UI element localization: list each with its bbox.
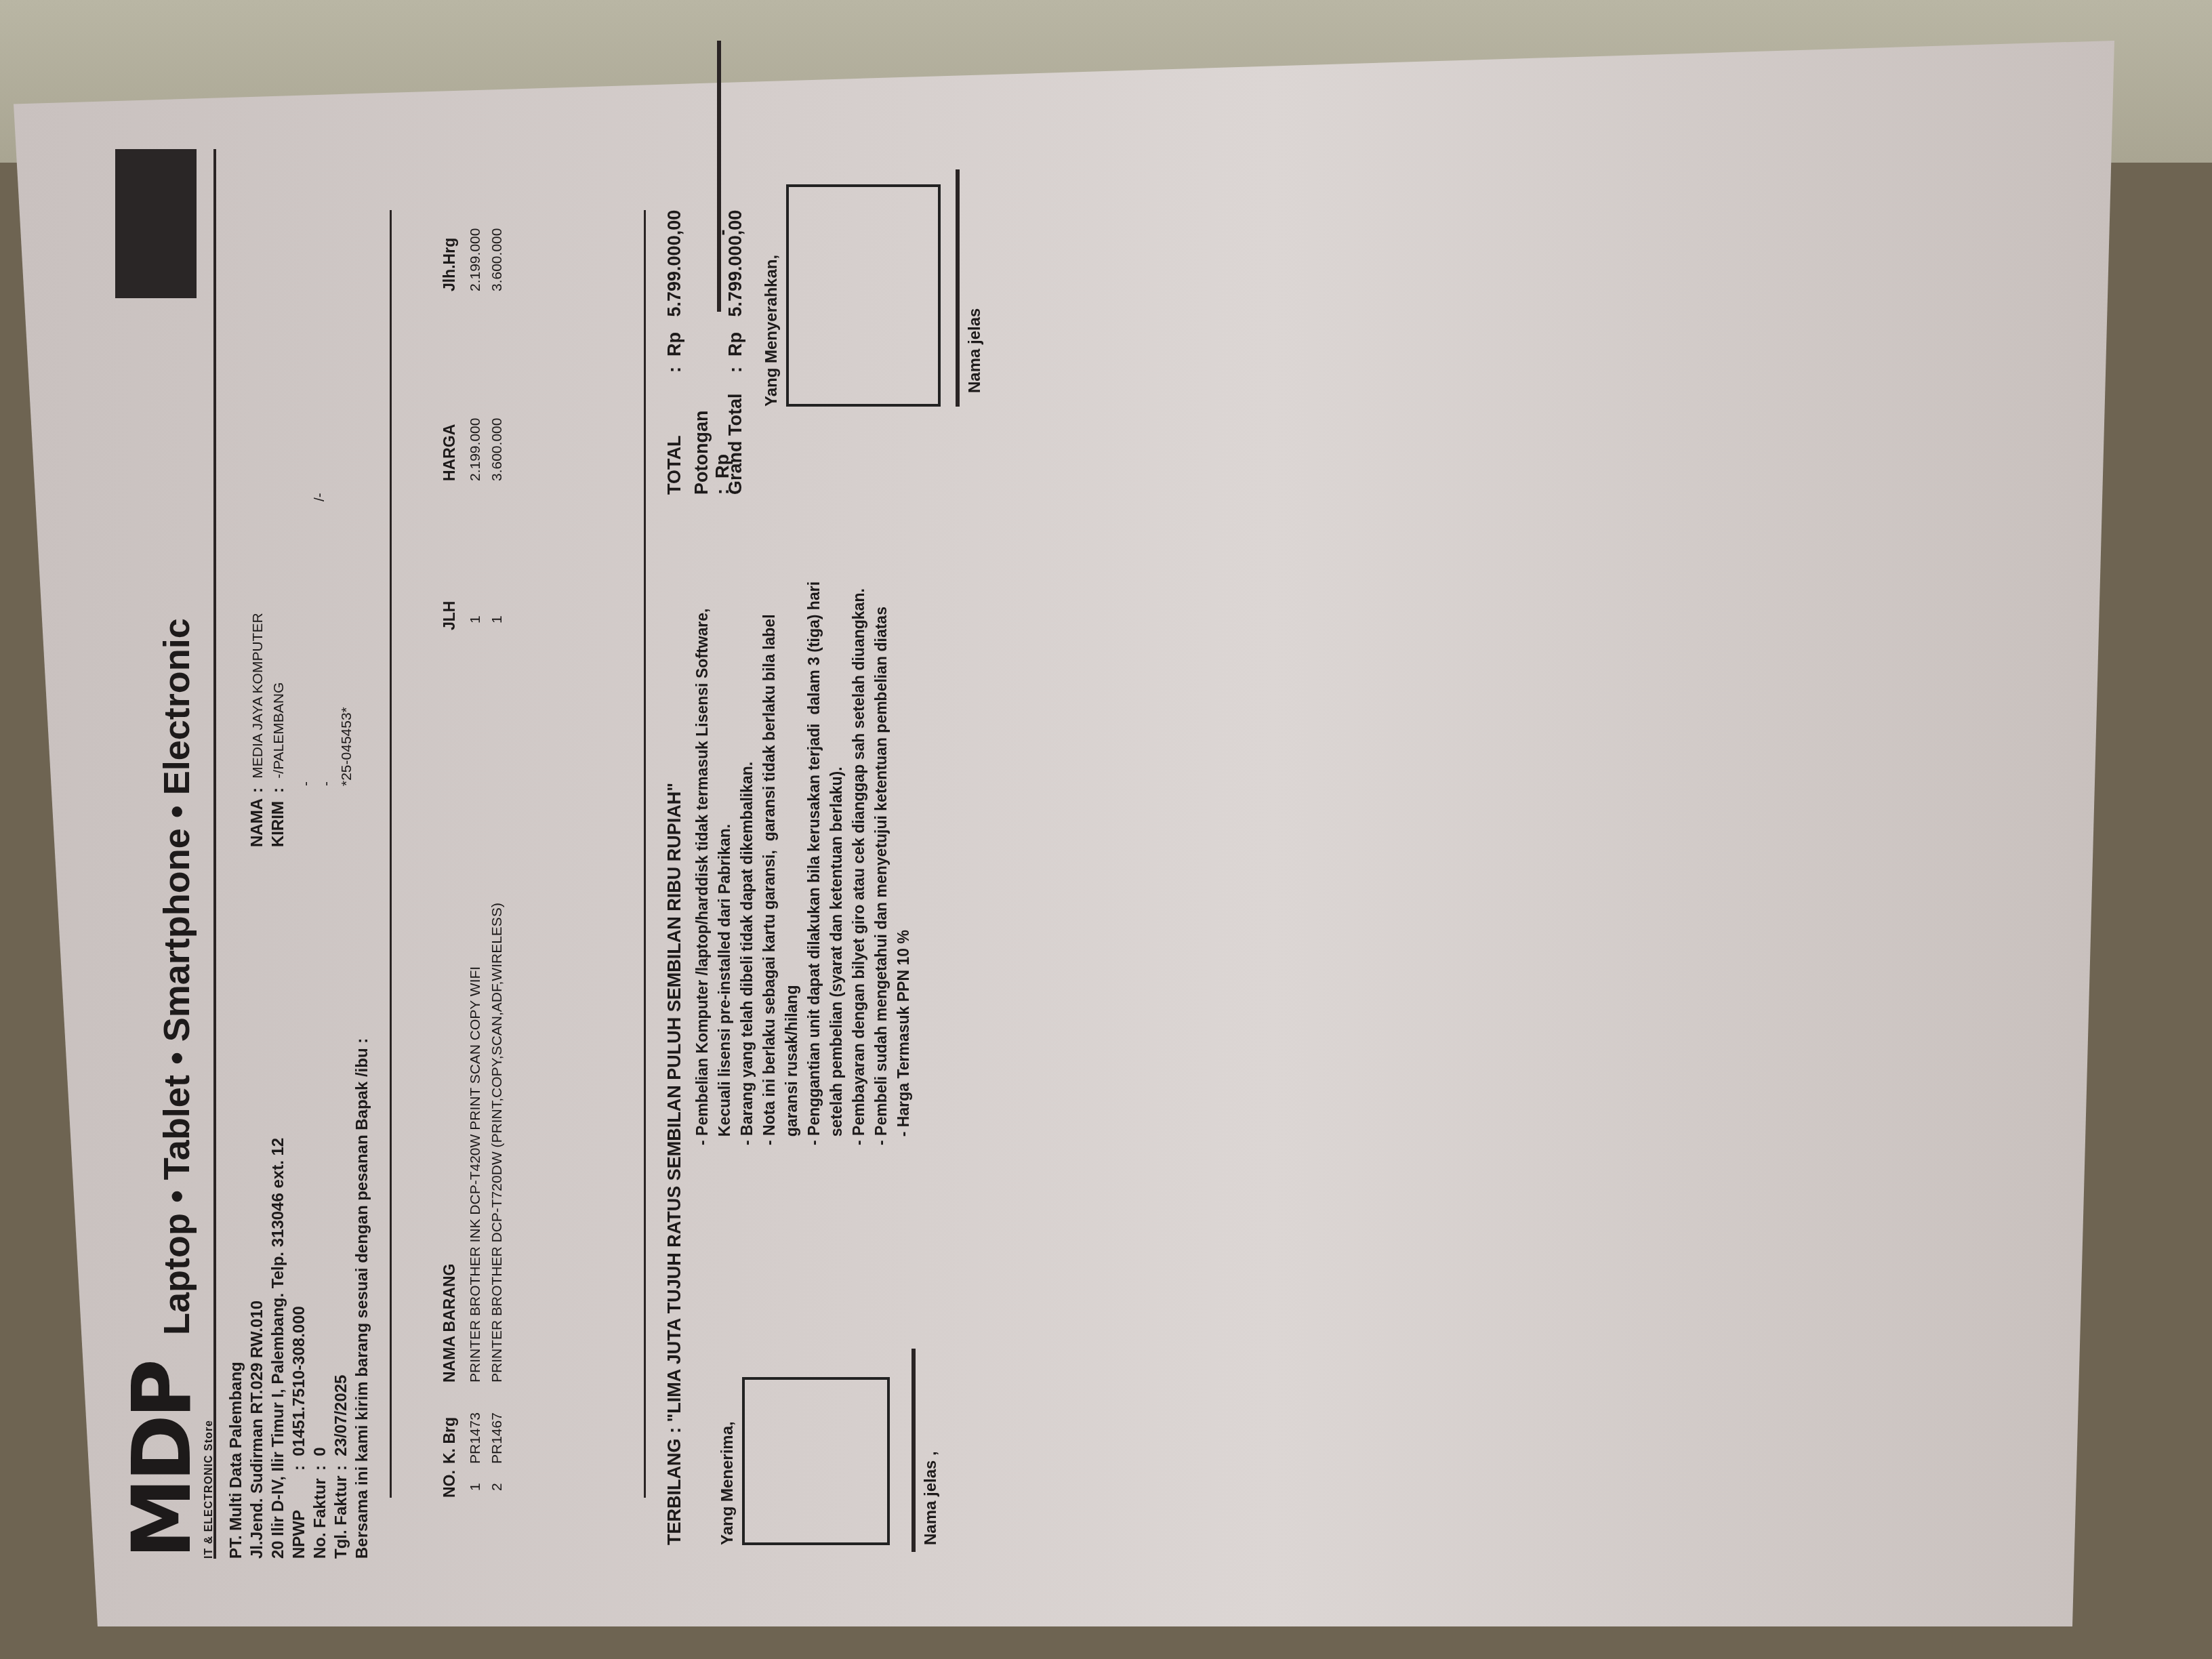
table-cell-jlh: 1 bbox=[489, 615, 506, 623]
receiver-name-label: Nama jelas , bbox=[922, 1451, 941, 1545]
table-cell-kode: PR1473 bbox=[468, 1412, 484, 1464]
terms-line: - Penggantian unit dapat dilakukan bila … bbox=[803, 581, 825, 1145]
terms-list: - Pembelian Komputer /laptop/harddisk ti… bbox=[691, 581, 915, 1145]
giver-signature-line bbox=[956, 169, 960, 407]
table-top-divider bbox=[390, 210, 392, 1498]
giver-label: Yang Menyerahkan, bbox=[762, 255, 781, 407]
npwp-row: NPWP: 01451.7510-308.000 bbox=[290, 1306, 309, 1559]
terms-line: - Nota ini berlaku sebagai kartu garansi… bbox=[758, 581, 781, 1145]
giver-signature-box bbox=[786, 184, 941, 407]
table-cell-no: 1 bbox=[468, 1483, 484, 1491]
store-tagline: Laptop • Tablet • Smartphone • Electroni… bbox=[156, 618, 198, 1335]
terms-line: garansi rusak/hilang bbox=[781, 581, 803, 1145]
col-kode: K. Brg bbox=[441, 1417, 459, 1464]
amount-in-words: TERBILANG : "LIMA JUTA TUJUH RATUS SEMBI… bbox=[664, 783, 685, 1545]
table-cell-harga: 3.600.000 bbox=[489, 418, 506, 481]
giver-name-label: Nama jelas bbox=[966, 308, 985, 393]
customer-reference: *25-045453* bbox=[339, 707, 355, 786]
customer-ship-row: KIRIM: -/PALEMBANG bbox=[269, 682, 288, 847]
no-faktur-row: No. Faktur: 0 bbox=[311, 1447, 330, 1559]
logo-text: MDP bbox=[122, 1363, 203, 1559]
total-divider bbox=[717, 41, 721, 312]
invoice-document: MDP IT & ELECTRONIC Store Laptop • Table… bbox=[122, 136, 1003, 1559]
store-logo: MDP IT & ELECTRONIC Store bbox=[122, 1363, 216, 1559]
terms-line: setelah pembelian (syarat dan ketentuan … bbox=[825, 581, 848, 1145]
receiver-signature-box bbox=[742, 1377, 890, 1545]
customer-line-3: - bbox=[298, 781, 314, 786]
company-address-1: Jl.Jend. Sudirman RT.029 RW.010 bbox=[248, 1300, 267, 1559]
terms-line: Kecuali lisensi pre-installed dari Pabri… bbox=[714, 581, 736, 1145]
col-jlh-hrg: Jlh.Hrg bbox=[441, 238, 459, 291]
total-row: TOTAL: Rp 5.799.000,00 bbox=[664, 210, 685, 495]
table-cell-no: 2 bbox=[489, 1483, 506, 1491]
company-address-2: 20 Ilir D-IV, Ilir Timur I, Palembang. T… bbox=[269, 1138, 288, 1559]
col-jlh: JLH bbox=[441, 601, 459, 630]
customer-line-4: - bbox=[319, 781, 335, 786]
customer-name-row: NAMA: MEDIA JAYA KOMPUTER bbox=[248, 613, 267, 847]
terms-line: - Barang yang telah dibeli tidak dapat d… bbox=[736, 581, 758, 1145]
col-nama: NAMA BARANG bbox=[441, 1264, 459, 1382]
terms-line: - Pembelian Komputer /laptop/harddisk ti… bbox=[691, 581, 714, 1145]
grand-total-row: Grand Total: Rp 5.799.000,00 bbox=[725, 210, 746, 495]
table-cell-nama: PRINTER BROTHER INK DCP-T420W PRINT SCAN… bbox=[468, 966, 484, 1382]
customer-slash: /- bbox=[312, 493, 328, 501]
tgl-faktur-row: Tgl. Faktur: 23/07/2025 bbox=[332, 1375, 351, 1559]
devices-image-icon bbox=[115, 149, 197, 298]
terms-line: - Pembayaran dengan bilyet giro atau cek… bbox=[848, 581, 870, 1145]
table-cell-kode: PR1467 bbox=[489, 1412, 506, 1464]
company-name: PT. Multi Data Palembang bbox=[227, 1361, 246, 1559]
table-cell-jlh_hrg: 2.199.000 bbox=[468, 228, 484, 291]
intro-text: Bersama ini kami kirim barang sesuai den… bbox=[353, 1038, 372, 1559]
table-bottom-divider bbox=[644, 210, 646, 1498]
receiver-label: Yang Menerima, bbox=[718, 1421, 737, 1545]
terms-line: - Pembeli sudah mengetahui dan menyetuju… bbox=[870, 581, 893, 1145]
table-cell-nama: PRINTER BROTHER DCP-T720DW (PRINT,COPY,S… bbox=[489, 903, 506, 1382]
terms-line: - Harga Termasuk PPN 10 % bbox=[893, 581, 915, 1145]
table-cell-harga: 2.199.000 bbox=[468, 418, 484, 481]
table-cell-jlh_hrg: 3.600.000 bbox=[489, 228, 506, 291]
table-cell-jlh: 1 bbox=[468, 615, 484, 623]
col-harga: HARGA bbox=[441, 424, 459, 481]
receiver-signature-line bbox=[912, 1349, 916, 1552]
header-divider bbox=[213, 149, 216, 1559]
col-no: NO. bbox=[441, 1470, 459, 1498]
